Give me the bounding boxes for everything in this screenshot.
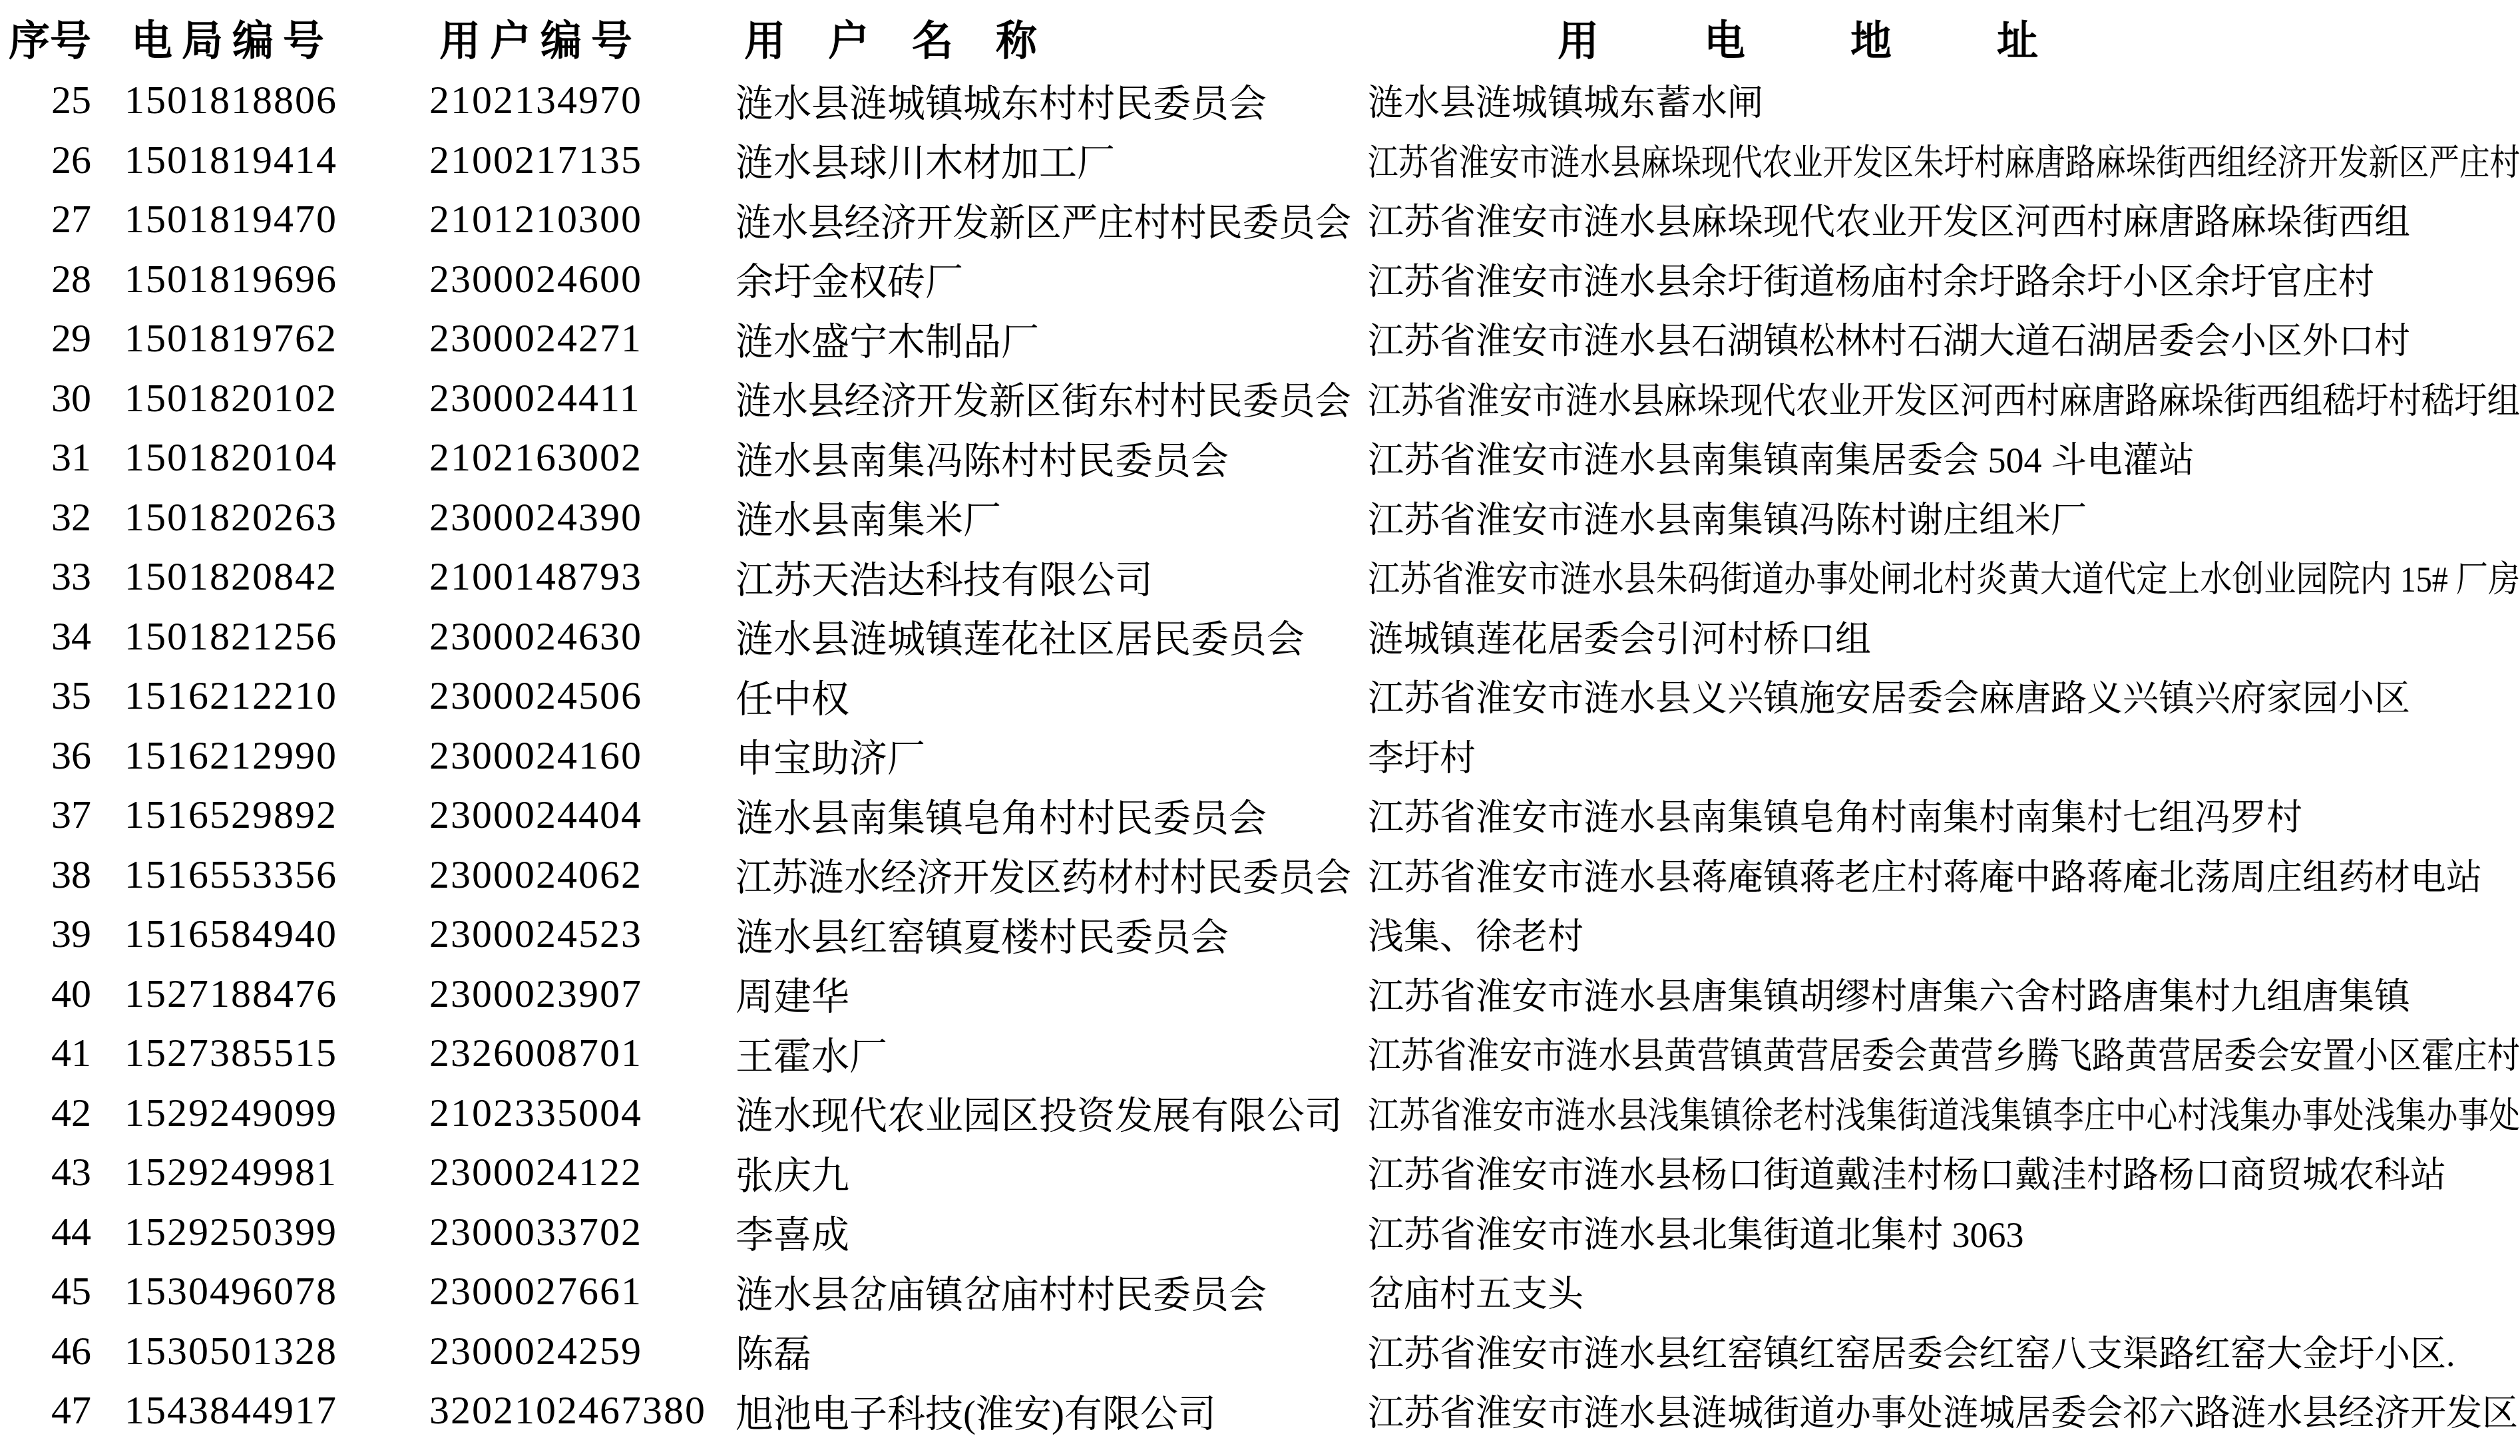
bureau-no-text: 1516529892 <box>124 792 337 838</box>
user-no-text: 2300033702 <box>429 1209 642 1255</box>
bureau-no-text: 1530501328 <box>124 1328 337 1374</box>
bureau-no-text: 1529250399 <box>124 1209 337 1255</box>
user-name-text: 涟水现代农业园区投资发展有限公司 <box>735 1085 1343 1140</box>
user-no-cell: 2102134970 <box>413 77 719 123</box>
serial-text: 47 <box>51 1387 91 1433</box>
bureau-no-text: 1501819414 <box>124 137 337 183</box>
bureau-no-cell: 1501819470 <box>110 196 413 242</box>
serial-cell: 47 <box>0 1387 110 1433</box>
bureau-no-cell: 1501820263 <box>110 494 413 540</box>
address-cell: 江苏省淮安市涟水县杨口街道戴洼村杨口戴洼村路杨口商贸城农科站 <box>1351 1147 2520 1198</box>
serial-text: 44 <box>51 1209 91 1255</box>
user-name-cell: 周建华 <box>719 966 1351 1021</box>
column-header-user-no-text: 用户编号 <box>439 8 642 67</box>
table-row: 3015018201022300024411涟水县经济开发新区街东村村民委员会江… <box>0 369 2520 429</box>
address-cell: 江苏省淮安市涟水县麻垛现代农业开发区朱圩村麻唐路麻垛街西组经济开发新区严庄村 <box>1351 134 2520 186</box>
serial-text: 43 <box>51 1149 91 1195</box>
user-no-cell: 2300024390 <box>413 494 719 540</box>
serial-text: 28 <box>51 256 91 302</box>
serial-text: 33 <box>51 554 91 600</box>
user-no-cell: 2300024523 <box>413 911 719 957</box>
bureau-no-text: 1501821256 <box>124 614 337 659</box>
user-name-text: 余圩金权砖厂 <box>735 252 963 306</box>
serial-text: 29 <box>51 315 91 361</box>
user-name-cell: 江苏天浩达科技有限公司 <box>719 550 1351 604</box>
bureau-no-text: 1527188476 <box>124 971 337 1017</box>
bureau-no-cell: 1516584940 <box>110 911 413 957</box>
user-no-text: 2102163002 <box>429 435 642 480</box>
bureau-no-text: 1501818806 <box>124 77 337 123</box>
table-row: 4015271884762300023907周建华江苏省淮安市涟水县唐集镇胡缪村… <box>0 964 2520 1024</box>
address-cell: 涟城镇莲花居委会引河村桥口组 <box>1351 611 2520 662</box>
address-text: 岔庙村五支头 <box>1368 1266 1583 1317</box>
bureau-no-cell: 1529249099 <box>110 1090 413 1136</box>
bureau-no-cell: 1527188476 <box>110 971 413 1017</box>
user-name-cell: 涟水县南集米厂 <box>719 490 1351 544</box>
address-text: 江苏省淮安市涟水县麻垛现代农业开发区朱圩村麻唐路麻垛街西组经济开发新区严庄村 <box>1368 134 2520 186</box>
bureau-no-text: 1527385515 <box>124 1030 337 1076</box>
table-row: 4215292490992102335004涟水现代农业园区投资发展有限公司江苏… <box>0 1083 2520 1143</box>
address-cell: 江苏省淮安市涟水县唐集镇胡缪村唐集六舍村路唐集村九组唐集镇 <box>1351 968 2520 1019</box>
user-name-cell: 江苏涟水经济开发区药材村村民委员会 <box>719 847 1351 902</box>
user-no-text: 2102335004 <box>429 1090 642 1136</box>
user-no-text: 2100217135 <box>429 137 642 183</box>
user-no-text: 2300024411 <box>429 375 641 421</box>
user-name-text: 涟水县经济开发新区街东村村民委员会 <box>735 371 1351 425</box>
user-no-cell: 2300024404 <box>413 792 719 838</box>
user-no-cell: 2300024259 <box>413 1328 719 1374</box>
electricity-customer-table: 序号 电局编号 用户编号 用户名称 用电地址 25150181880621021… <box>0 0 2520 1456</box>
table-row: 2915018197622300024271涟水盛宁木制品厂江苏省淮安市涟水县石… <box>0 309 2520 369</box>
serial-text: 42 <box>51 1090 91 1136</box>
address-text: 江苏省淮安市涟水县浅集镇徐老村浅集街道浅集镇李庄中心村浅集办事处浅集办事处 <box>1368 1087 2520 1139</box>
column-header-bureau-no: 电局编号 <box>110 8 413 67</box>
serial-text: 39 <box>51 911 91 957</box>
address-cell: 江苏省淮安市涟水县浅集镇徐老村浅集街道浅集镇李庄中心村浅集办事处浅集办事处 <box>1351 1087 2520 1139</box>
user-name-text: 涟水县经济开发新区严庄村村民委员会 <box>735 192 1351 247</box>
user-no-text: 2326008701 <box>429 1030 642 1076</box>
serial-text: 25 <box>51 77 91 123</box>
user-no-text: 2300024523 <box>429 911 642 957</box>
user-name-cell: 李喜成 <box>719 1204 1351 1259</box>
address-cell: 李圩村 <box>1351 730 2520 781</box>
address-cell: 江苏省淮安市涟水县红窑镇红窑居委会红窑八支渠路红窑大金圩小区. <box>1351 1326 2520 1377</box>
bureau-no-text: 1516553356 <box>124 852 337 898</box>
table-row: 3515162122102300024506任中权江苏省淮安市涟水县义兴镇施安居… <box>0 666 2520 726</box>
bureau-no-cell: 1501820102 <box>110 375 413 421</box>
bureau-no-cell: 1501821256 <box>110 614 413 659</box>
address-text: 江苏省淮安市涟水县麻垛现代农业开发区河西村麻唐路麻垛街西组 <box>1368 194 2410 245</box>
table-row: 3115018201042102163002涟水县南集冯陈村村民委员会江苏省淮安… <box>0 428 2520 488</box>
user-no-cell: 3202102467380 <box>413 1387 719 1433</box>
bureau-no-text: 1501819470 <box>124 196 337 242</box>
table-row: 3915165849402300024523涟水县红窑镇夏楼村民委员会浅集、徐老… <box>0 904 2520 964</box>
user-name-text: 涟水县岔庙镇岔庙村村民委员会 <box>735 1264 1267 1319</box>
serial-cell: 30 <box>0 375 110 421</box>
table-row: 3815165533562300024062江苏涟水经济开发区药材村村民委员会江… <box>0 845 2520 905</box>
address-cell: 涟水县涟城镇城东蓄水闸 <box>1351 75 2520 126</box>
address-cell: 江苏省淮安市涟水县南集镇皂角村南集村南集村七组冯罗村 <box>1351 789 2520 840</box>
bureau-no-text: 1516212210 <box>124 673 337 719</box>
address-text: 江苏省淮安市涟水县朱码街道办事处闸北村炎黄大道代定上水创业园院内 15# 厂房 <box>1368 551 2520 602</box>
bureau-no-text: 1529249099 <box>124 1090 337 1136</box>
user-no-cell: 2300023907 <box>413 971 719 1017</box>
serial-cell: 43 <box>0 1149 110 1195</box>
address-text: 江苏省淮安市涟水县北集街道北集村 3063 <box>1368 1206 2024 1258</box>
serial-cell: 29 <box>0 315 110 361</box>
serial-text: 41 <box>51 1030 91 1076</box>
user-name-text: 申宝助济厂 <box>735 728 925 783</box>
user-no-text: 2102134970 <box>429 77 642 123</box>
user-name-cell: 涟水县南集冯陈村村民委员会 <box>719 431 1351 485</box>
bureau-no-text: 1501820842 <box>124 554 337 600</box>
user-name-text: 王霍水厂 <box>735 1026 887 1081</box>
user-name-text: 江苏涟水经济开发区药材村村民委员会 <box>735 847 1351 902</box>
table-row: 4115273855152326008701王霍水厂江苏省淮安市涟水县黄营镇黄营… <box>0 1023 2520 1083</box>
user-name-text: 张庆九 <box>735 1145 849 1200</box>
serial-cell: 26 <box>0 137 110 183</box>
serial-cell: 33 <box>0 554 110 600</box>
address-cell: 江苏省淮安市涟水县黄营镇黄营居委会黄营乡腾飞路黄营居委会安置小区霍庄村 <box>1351 1027 2520 1079</box>
user-name-cell: 涟水县南集镇皂角村村民委员会 <box>719 788 1351 842</box>
user-name-text: 江苏天浩达科技有限公司 <box>735 550 1153 604</box>
address-cell: 江苏省淮安市涟水县麻垛现代农业开发区河西村麻唐路麻垛街西组 <box>1351 194 2520 245</box>
user-name-cell: 余圩金权砖厂 <box>719 252 1351 306</box>
serial-text: 36 <box>51 733 91 779</box>
user-no-text: 2300023907 <box>429 971 642 1017</box>
serial-text: 46 <box>51 1328 91 1374</box>
serial-cell: 32 <box>0 494 110 540</box>
bureau-no-cell: 1529249981 <box>110 1149 413 1195</box>
user-no-text: 3202102467380 <box>429 1387 706 1433</box>
user-name-cell: 申宝助济厂 <box>719 728 1351 783</box>
address-text: 浅集、徐老村 <box>1368 908 1583 960</box>
user-name-cell: 王霍水厂 <box>719 1026 1351 1081</box>
user-no-text: 2300024122 <box>429 1149 642 1195</box>
user-name-text: 涟水县南集镇皂角村村民委员会 <box>735 788 1267 842</box>
user-no-text: 2100148793 <box>429 554 642 600</box>
column-header-address: 用电地址 <box>1351 8 2520 67</box>
serial-cell: 42 <box>0 1090 110 1136</box>
address-text: 江苏省淮安市涟水县南集镇南集居委会 504 斗电灌站 <box>1368 432 2195 483</box>
serial-text: 35 <box>51 673 91 719</box>
serial-cell: 39 <box>0 911 110 957</box>
table-row: 3415018212562300024630涟水县涟城镇莲花社区居民委员会涟城镇… <box>0 607 2520 667</box>
user-name-text: 涟水县球川木材加工厂 <box>735 132 1115 187</box>
serial-cell: 37 <box>0 792 110 838</box>
bureau-no-text: 1530496078 <box>124 1268 337 1314</box>
user-name-cell: 涟水县涟城镇城东村村民委员会 <box>719 73 1351 128</box>
column-header-address-text: 用电地址 <box>1558 8 2143 67</box>
bureau-no-cell: 1529250399 <box>110 1209 413 1255</box>
bureau-no-cell: 1501820104 <box>110 435 413 480</box>
bureau-no-text: 1543844917 <box>124 1387 337 1433</box>
address-cell: 江苏省淮安市涟水县余圩街道杨庙村余圩路余圩小区余圩官庄村 <box>1351 254 2520 305</box>
address-cell: 岔庙村五支头 <box>1351 1266 2520 1317</box>
user-no-cell: 2100217135 <box>413 137 719 183</box>
user-no-cell: 2300033702 <box>413 1209 719 1255</box>
serial-text: 27 <box>51 196 91 242</box>
user-no-cell: 2300027661 <box>413 1268 719 1314</box>
table-row: 4615305013282300024259陈磊江苏省淮安市涟水县红窑镇红窑居委… <box>0 1322 2520 1381</box>
user-no-cell: 2300024122 <box>413 1149 719 1195</box>
serial-cell: 31 <box>0 435 110 480</box>
address-cell: 江苏省淮安市涟水县南集镇冯陈村谢庄组米厂 <box>1351 492 2520 543</box>
table-row: 4515304960782300027661涟水县岔庙镇岔庙村村民委员会岔庙村五… <box>0 1262 2520 1322</box>
address-text: 李圩村 <box>1368 730 1476 781</box>
bureau-no-cell: 1516553356 <box>110 852 413 898</box>
address-cell: 江苏省淮安市涟水县石湖镇松林村石湖大道石湖居委会小区外口村 <box>1351 313 2520 364</box>
bureau-no-text: 1516584940 <box>124 911 337 957</box>
column-header-serial: 序号 <box>0 8 110 67</box>
bureau-no-cell: 1516529892 <box>110 792 413 838</box>
table-row: 2815018196962300024600余圩金权砖厂江苏省淮安市涟水县余圩街… <box>0 250 2520 309</box>
address-text: 江苏省淮安市涟水县麻垛现代农业开发区河西村麻唐路麻垛街西组嵇圩村嵇圩组 <box>1368 373 2520 424</box>
user-name-cell: 陈磊 <box>719 1324 1351 1378</box>
bureau-no-cell: 1501818806 <box>110 77 413 123</box>
column-header-bureau-no-text: 电局编号 <box>131 8 333 67</box>
bureau-no-cell: 1543844917 <box>110 1387 413 1433</box>
user-no-cell: 2300024506 <box>413 673 719 719</box>
serial-cell: 44 <box>0 1209 110 1255</box>
user-no-text: 2300027661 <box>429 1268 642 1314</box>
serial-text: 40 <box>51 971 91 1017</box>
user-name-text: 周建华 <box>735 966 849 1021</box>
bureau-no-text: 1501819762 <box>124 315 337 361</box>
column-header-user-no: 用户编号 <box>413 8 719 67</box>
table-row: 3715165298922300024404涟水县南集镇皂角村村民委员会江苏省淮… <box>0 785 2520 845</box>
bureau-no-text: 1516212990 <box>124 733 337 779</box>
serial-cell: 41 <box>0 1030 110 1076</box>
user-no-text: 2300024390 <box>429 494 642 540</box>
serial-text: 45 <box>51 1268 91 1314</box>
user-name-cell: 涟水盛宁木制品厂 <box>719 311 1351 366</box>
serial-cell: 35 <box>0 673 110 719</box>
user-name-cell: 涟水县球川木材加工厂 <box>719 132 1351 187</box>
serial-text: 26 <box>51 137 91 183</box>
user-name-text: 涟水盛宁木制品厂 <box>735 311 1039 366</box>
serial-cell: 46 <box>0 1328 110 1374</box>
address-cell: 江苏省淮安市涟水县蒋庵镇蒋老庄村蒋庵中路蒋庵北荡周庄组药材电站 <box>1351 849 2520 900</box>
user-name-text: 涟水县南集冯陈村村民委员会 <box>735 431 1229 485</box>
address-cell: 江苏省淮安市涟水县涟城街道办事处涟城居委会祁六路涟水县经济开发区 <box>1351 1385 2520 1436</box>
serial-cell: 28 <box>0 256 110 302</box>
user-no-cell: 2100148793 <box>413 554 719 600</box>
table-row: 3215018202632300024390涟水县南集米厂江苏省淮安市涟水县南集… <box>0 488 2520 548</box>
user-no-text: 2300024062 <box>429 852 642 898</box>
user-no-cell: 2300024271 <box>413 315 719 361</box>
address-text: 涟城镇莲花居委会引河村桥口组 <box>1368 611 1871 662</box>
address-cell: 江苏省淮安市涟水县义兴镇施安居委会麻唐路义兴镇兴府家园小区 <box>1351 670 2520 721</box>
user-name-cell: 涟水现代农业园区投资发展有限公司 <box>719 1085 1351 1140</box>
address-text: 江苏省淮安市涟水县红窑镇红窑居委会红窑八支渠路红窑大金圩小区. <box>1368 1326 2455 1377</box>
user-name-cell: 涟水县红窑镇夏楼村民委员会 <box>719 907 1351 962</box>
table-body: 2515018188062102134970涟水县涟城镇城东村村民委员会涟水县涟… <box>0 71 2520 1441</box>
table-row: 4715438449173202102467380旭池电子科技(淮安)有限公司江… <box>0 1381 2520 1441</box>
serial-text: 38 <box>51 852 91 898</box>
user-no-text: 2300024630 <box>429 614 642 659</box>
serial-cell: 40 <box>0 971 110 1017</box>
user-name-cell: 旭池电子科技(淮安)有限公司 <box>719 1383 1351 1438</box>
user-no-cell: 2300024160 <box>413 733 719 779</box>
user-name-cell: 涟水县经济开发新区街东村村民委员会 <box>719 371 1351 425</box>
user-no-text: 2300024160 <box>429 733 642 779</box>
user-name-text: 涟水县红窑镇夏楼村民委员会 <box>735 907 1229 962</box>
user-no-cell: 2300024411 <box>413 375 719 421</box>
address-text: 江苏省淮安市涟水县杨口街道戴洼村杨口戴洼村路杨口商贸城农科站 <box>1368 1147 2446 1198</box>
bureau-no-text: 1501819696 <box>124 256 337 302</box>
address-cell: 浅集、徐老村 <box>1351 908 2520 960</box>
address-text: 江苏省淮安市涟水县黄营镇黄营居委会黄营乡腾飞路黄营居委会安置小区霍庄村 <box>1368 1027 2520 1079</box>
bureau-no-text: 1501820104 <box>124 435 337 480</box>
user-no-cell: 2102163002 <box>413 435 719 480</box>
serial-text: 37 <box>51 792 91 838</box>
user-name-cell: 涟水县岔庙镇岔庙村村民委员会 <box>719 1264 1351 1319</box>
user-no-cell: 2102335004 <box>413 1090 719 1136</box>
user-name-text: 陈磊 <box>735 1324 811 1378</box>
user-no-text: 2101210300 <box>429 196 642 242</box>
serial-text: 30 <box>51 375 91 421</box>
table-header-row: 序号 电局编号 用户编号 用户名称 用电地址 <box>0 4 2520 71</box>
user-name-text: 旭池电子科技(淮安)有限公司 <box>735 1383 1216 1438</box>
user-no-text: 2300024404 <box>429 792 642 838</box>
user-name-cell: 涟水县经济开发新区严庄村村民委员会 <box>719 192 1351 247</box>
bureau-no-cell: 1516212210 <box>110 673 413 719</box>
user-no-text: 2300024506 <box>429 673 642 719</box>
user-name-text: 任中权 <box>735 669 849 723</box>
user-no-cell: 2300024630 <box>413 614 719 659</box>
column-header-user-name-text: 用户名称 <box>744 8 1080 67</box>
serial-cell: 34 <box>0 614 110 659</box>
serial-text: 32 <box>51 494 91 540</box>
table-row: 2615018194142100217135涟水县球川木材加工厂江苏省淮安市涟水… <box>0 130 2520 190</box>
bureau-no-cell: 1501820842 <box>110 554 413 600</box>
serial-cell: 25 <box>0 77 110 123</box>
serial-cell: 45 <box>0 1268 110 1314</box>
serial-text: 31 <box>51 435 91 480</box>
table-row: 3315018208422100148793江苏天浩达科技有限公司江苏省淮安市涟… <box>0 547 2520 607</box>
user-no-text: 2300024600 <box>429 256 642 302</box>
address-text: 江苏省淮安市涟水县义兴镇施安居委会麻唐路义兴镇兴府家园小区 <box>1368 670 2410 721</box>
user-name-text: 涟水县南集米厂 <box>735 490 1001 544</box>
bureau-no-cell: 1530496078 <box>110 1268 413 1314</box>
table-row: 2715018194702101210300涟水县经济开发新区严庄村村民委员会江… <box>0 190 2520 250</box>
user-name-text: 涟水县涟城镇莲花社区居民委员会 <box>735 609 1305 663</box>
table-row: 4415292503992300033702李喜成江苏省淮安市涟水县北集街道北集… <box>0 1202 2520 1262</box>
address-text: 涟水县涟城镇城东蓄水闸 <box>1368 75 1763 126</box>
bureau-no-text: 1501820102 <box>124 375 337 421</box>
address-text: 江苏省淮安市涟水县涟城街道办事处涟城居委会祁六路涟水县经济开发区 <box>1368 1385 2518 1436</box>
bureau-no-text: 1529249981 <box>124 1149 337 1195</box>
table-row: 4315292499812300024122张庆九江苏省淮安市涟水县杨口街道戴洼… <box>0 1143 2520 1202</box>
bureau-no-cell: 1501819762 <box>110 315 413 361</box>
user-no-cell: 2300024062 <box>413 852 719 898</box>
bureau-no-cell: 1501819414 <box>110 137 413 183</box>
address-cell: 江苏省淮安市涟水县朱码街道办事处闸北村炎黄大道代定上水创业园院内 15# 厂房 <box>1351 551 2520 602</box>
column-header-serial-text: 序号 <box>9 8 91 67</box>
user-no-cell: 2326008701 <box>413 1030 719 1076</box>
address-cell: 江苏省淮安市涟水县北集街道北集村 3063 <box>1351 1206 2520 1258</box>
address-text: 江苏省淮安市涟水县南集镇皂角村南集村南集村七组冯罗村 <box>1368 789 2302 840</box>
address-text: 江苏省淮安市涟水县蒋庵镇蒋老庄村蒋庵中路蒋庵北荡周庄组药材电站 <box>1368 849 2482 900</box>
column-header-user-name: 用户名称 <box>719 8 1351 67</box>
bureau-no-cell: 1516212990 <box>110 733 413 779</box>
address-text: 江苏省淮安市涟水县余圩街道杨庙村余圩路余圩小区余圩官庄村 <box>1368 254 2374 305</box>
user-name-cell: 任中权 <box>719 669 1351 723</box>
bureau-no-cell: 1501819696 <box>110 256 413 302</box>
user-no-cell: 2300024600 <box>413 256 719 302</box>
user-name-cell: 张庆九 <box>719 1145 1351 1200</box>
user-name-cell: 涟水县涟城镇莲花社区居民委员会 <box>719 609 1351 663</box>
user-name-text: 李喜成 <box>735 1204 849 1259</box>
address-text: 江苏省淮安市涟水县南集镇冯陈村谢庄组米厂 <box>1368 492 2087 543</box>
table-row: 3615162129902300024160申宝助济厂李圩村 <box>0 726 2520 786</box>
bureau-no-text: 1501820263 <box>124 494 337 540</box>
serial-cell: 36 <box>0 733 110 779</box>
address-text: 江苏省淮安市涟水县唐集镇胡缪村唐集六舍村路唐集村九组唐集镇 <box>1368 968 2410 1019</box>
bureau-no-cell: 1527385515 <box>110 1030 413 1076</box>
table-row: 2515018188062102134970涟水县涟城镇城东村村民委员会涟水县涟… <box>0 71 2520 130</box>
user-name-text: 涟水县涟城镇城东村村民委员会 <box>735 73 1267 128</box>
address-text: 江苏省淮安市涟水县石湖镇松林村石湖大道石湖居委会小区外口村 <box>1368 313 2410 364</box>
user-no-text: 2300024271 <box>429 315 642 361</box>
serial-cell: 38 <box>0 852 110 898</box>
user-no-cell: 2101210300 <box>413 196 719 242</box>
user-no-text: 2300024259 <box>429 1328 642 1374</box>
address-cell: 江苏省淮安市涟水县南集镇南集居委会 504 斗电灌站 <box>1351 432 2520 483</box>
bureau-no-cell: 1530501328 <box>110 1328 413 1374</box>
serial-text: 34 <box>51 614 91 659</box>
address-cell: 江苏省淮安市涟水县麻垛现代农业开发区河西村麻唐路麻垛街西组嵇圩村嵇圩组 <box>1351 373 2520 424</box>
serial-cell: 27 <box>0 196 110 242</box>
